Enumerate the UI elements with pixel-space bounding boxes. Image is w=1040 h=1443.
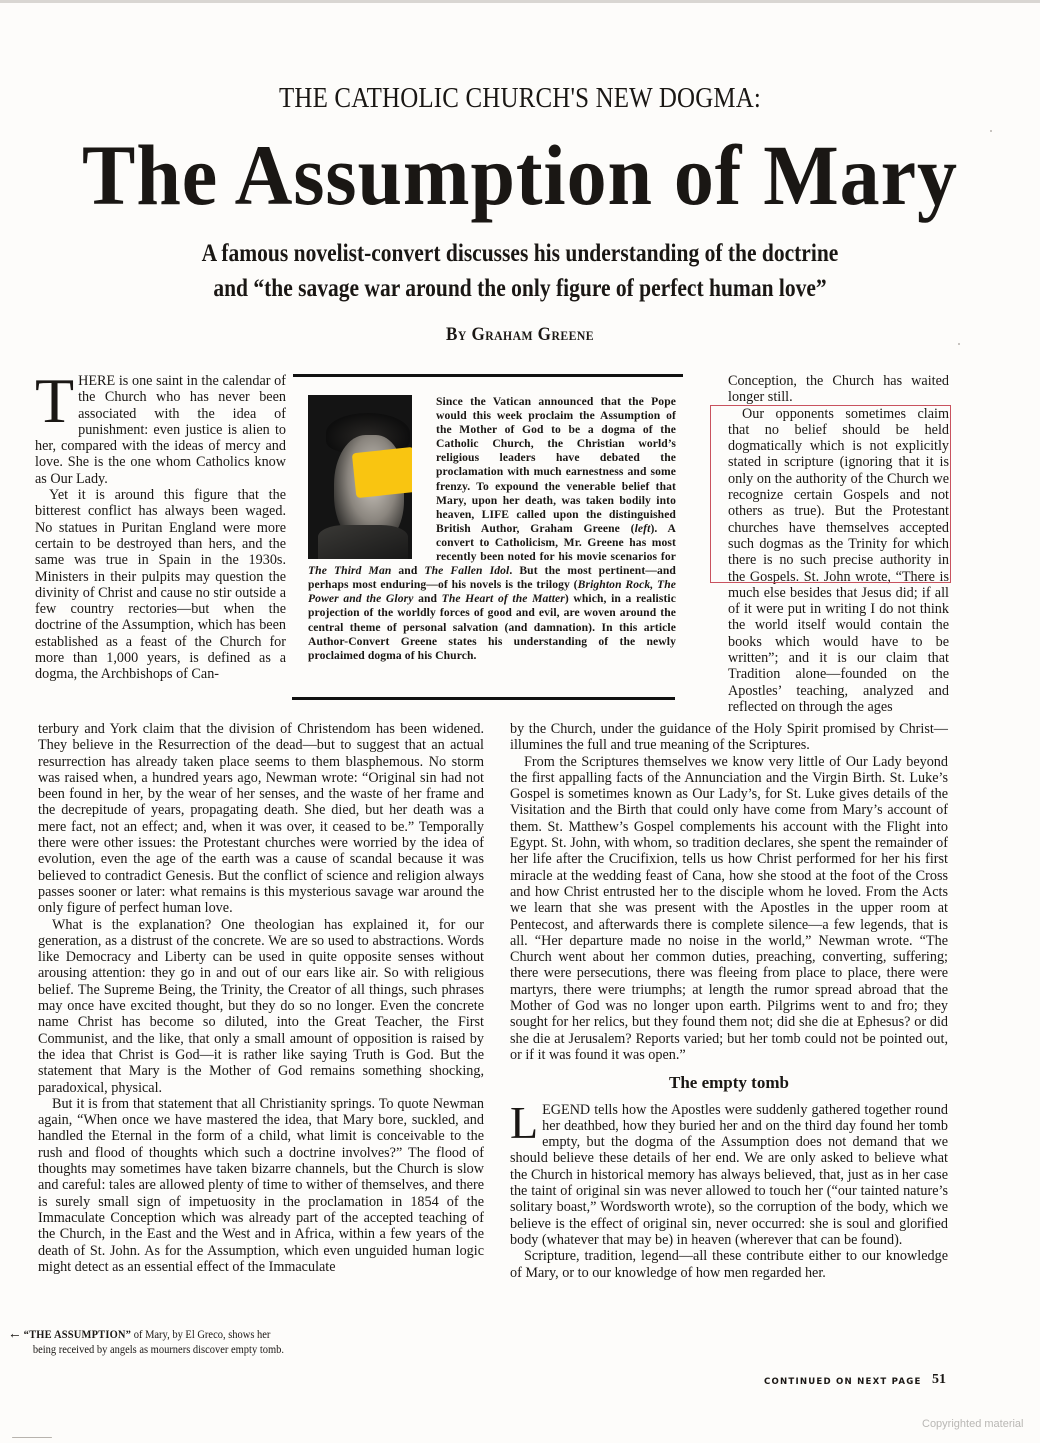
paragraph: terbury and York claim that the division… bbox=[38, 721, 484, 917]
byline: By Graham Greene bbox=[52, 324, 988, 346]
intro-rule-top bbox=[293, 374, 683, 377]
figure-caption: ←“THE ASSUMPTION” of Mary, by El Greco, … bbox=[8, 1327, 339, 1358]
paragraph: Our opponents sometimes claim that no be… bbox=[728, 406, 949, 716]
dek-line-1: A famous novelist-convert discusses his … bbox=[73, 236, 967, 271]
kicker: THE CATHOLIC CHURCH'S NEW DOGMA: bbox=[73, 82, 967, 115]
dropcap: L bbox=[510, 1104, 538, 1142]
article-column-left: THERE is one saint in the calendar of th… bbox=[35, 373, 286, 683]
paragraph: LEGEND tells how the Apostles were sudde… bbox=[510, 1102, 948, 1249]
paragraph: What is the explanation? One theologian … bbox=[38, 917, 484, 1096]
paper-speck bbox=[12, 1437, 52, 1438]
article-column-lower-right: by the Church, under the guidance of the… bbox=[510, 721, 948, 1281]
paragraph: Scripture, tradition, legend—all these c… bbox=[510, 1248, 948, 1281]
dropcap: T bbox=[35, 376, 74, 426]
article-column-right: Conception, the Church has waited longer… bbox=[728, 373, 949, 715]
paragraph: Yet it is around this figure that the bi… bbox=[35, 487, 286, 683]
intro-rule-bottom bbox=[292, 697, 675, 700]
paper-speck bbox=[958, 343, 960, 345]
continued-label: CONTINUED ON NEXT PAGE bbox=[764, 1377, 922, 1387]
paper-speck bbox=[990, 130, 992, 132]
page-number: 51 bbox=[932, 1372, 946, 1388]
left-arrow-icon: ← bbox=[8, 1326, 22, 1342]
paragraph: From the Scriptures themselves we know v… bbox=[510, 754, 948, 1064]
section-subhead: The empty tomb bbox=[510, 1075, 948, 1091]
paragraph: by the Church, under the guidance of the… bbox=[510, 721, 948, 754]
page-top-edge bbox=[0, 0, 1040, 3]
dek-line-2: and “the savage war around the only figu… bbox=[73, 271, 967, 306]
author-portrait bbox=[308, 395, 412, 559]
intro-box: Since the Vatican announced that the Pop… bbox=[308, 395, 676, 663]
dek: A famous novelist-convert discusses his … bbox=[73, 236, 967, 306]
paragraph: THERE is one saint in the calendar of th… bbox=[35, 373, 286, 487]
copyright-watermark: Copyrighted material bbox=[922, 1418, 1024, 1430]
redaction-mark bbox=[352, 447, 412, 498]
paragraph: But it is from that statement that all C… bbox=[38, 1096, 484, 1275]
paragraph: Conception, the Church has waited longer… bbox=[728, 373, 949, 406]
page-title: The Assumption of Mary bbox=[36, 132, 1003, 218]
article-column-lower-left: terbury and York claim that the division… bbox=[38, 721, 484, 1275]
